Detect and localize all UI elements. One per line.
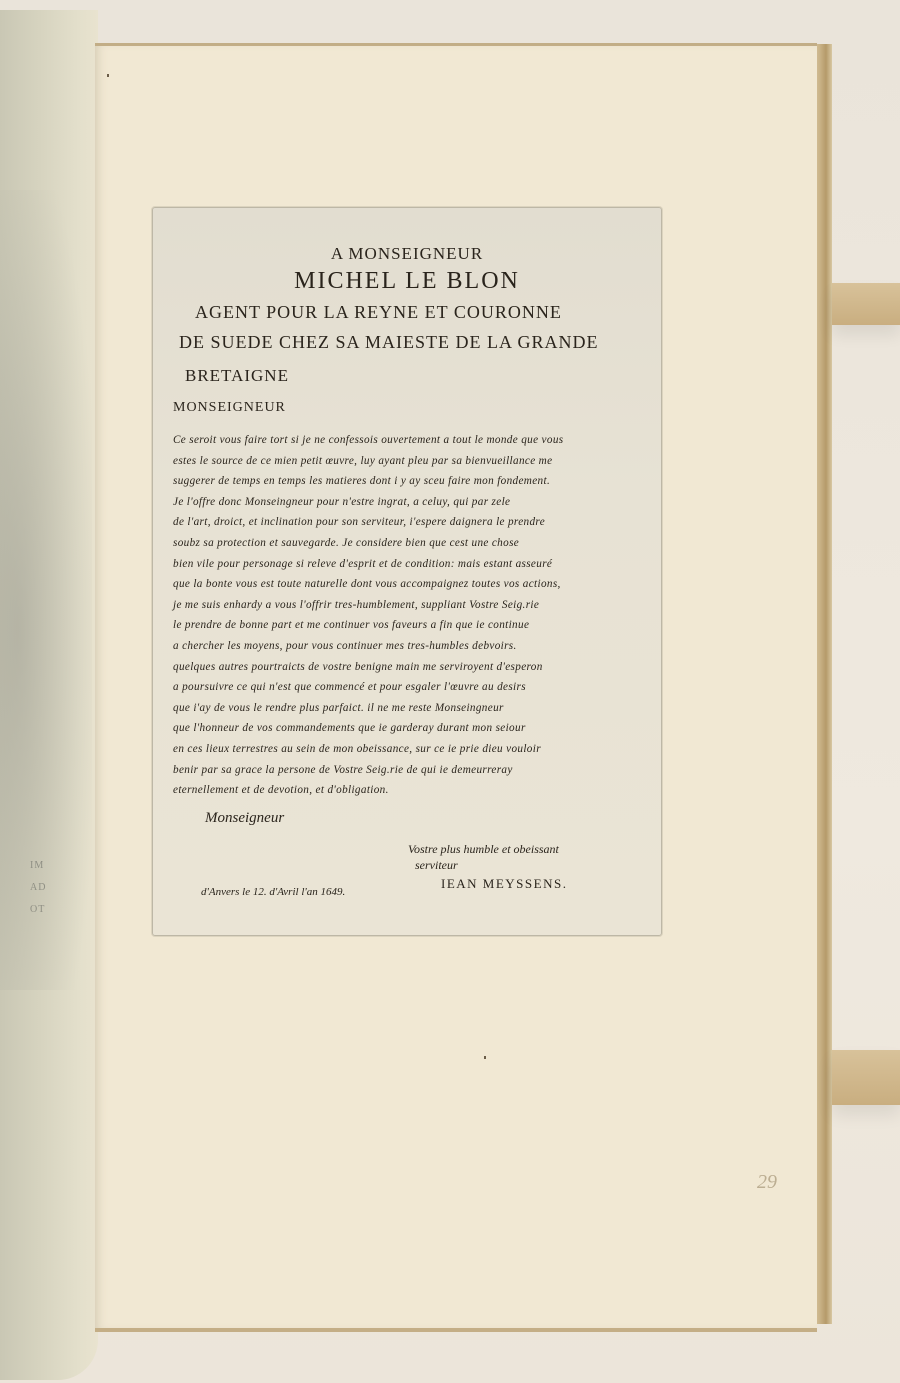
body-line: que l'honneur de vos commandements que i… bbox=[173, 718, 648, 739]
place-and-date: d'Anvers le 12. d'Avril l'an 1649. bbox=[201, 886, 345, 898]
body-line: benir par sa grace la persone de Vostre … bbox=[173, 760, 648, 781]
body-line: quelques autres pourtraicts de vostre be… bbox=[173, 657, 648, 678]
body-line: eternellement et de devotion, et d'oblig… bbox=[173, 780, 648, 801]
page-tab-marker-top[interactable] bbox=[832, 283, 900, 325]
body-line: je me suis enhardy a vous l'offrir tres-… bbox=[173, 595, 648, 616]
body-line: soubz sa protection et sauvegarde. Je co… bbox=[173, 533, 648, 554]
body-line: estes le source de ce mien petit œuvre, … bbox=[173, 451, 648, 472]
body-line: le prendre de bonne part et me continuer… bbox=[173, 615, 648, 636]
body-line: suggerer de temps en temps les matieres … bbox=[173, 471, 648, 492]
facing-left-page: IM AD OT bbox=[0, 10, 98, 1380]
signature-line-2: serviteur bbox=[415, 858, 458, 873]
body-line: a poursuivre ce qui n'est que commencé e… bbox=[173, 677, 648, 698]
foxing-spot bbox=[107, 74, 109, 77]
heading-line-4: DE SUEDE CHEZ SA MAIESTE DE LA GRANDE bbox=[179, 332, 599, 353]
body-line: a chercher les moyens, pour vous continu… bbox=[173, 636, 648, 657]
letter-body: Ce seroit vous faire tort si je ne confe… bbox=[173, 430, 648, 801]
heading-line-3: AGENT POUR LA REYNE ET COURONNE bbox=[195, 302, 562, 323]
heading-line-5: BRETAIGNE bbox=[185, 366, 289, 386]
body-line: Je l'offre donc Monseingneur pour n'estr… bbox=[173, 492, 648, 513]
engraved-plate: A MONSEIGNEUR MICHEL LE BLON AGENT POUR … bbox=[152, 207, 662, 936]
body-line: que la bonte vous est toute naturelle do… bbox=[173, 574, 648, 595]
body-line: de l'art, droict, et inclination pour so… bbox=[173, 512, 648, 533]
show-through-text: IM AD OT bbox=[30, 855, 46, 921]
foxing-spot bbox=[484, 1056, 486, 1059]
salutation: MONSEIGNEUR bbox=[173, 400, 286, 416]
heading-recipient-name: MICHEL LE BLON bbox=[153, 268, 661, 295]
body-line: Ce seroit vous faire tort si je ne confe… bbox=[173, 430, 648, 451]
signature-line-1: Vostre plus humble et obeissant bbox=[408, 842, 559, 857]
page-tab-marker-bottom[interactable] bbox=[832, 1050, 900, 1105]
heading-line-1: A MONSEIGNEUR bbox=[153, 244, 661, 264]
signature-name: IEAN MEYSSENS. bbox=[441, 876, 567, 892]
closing-salutation: Monseigneur bbox=[205, 810, 284, 827]
body-line: en ces lieux terrestres au sein de mon o… bbox=[173, 739, 648, 760]
body-line: que i'ay de vous le rendre plus parfaict… bbox=[173, 698, 648, 719]
body-line: bien vile pour personage si releve d'esp… bbox=[173, 554, 648, 575]
folio-number: 29 bbox=[757, 1171, 777, 1194]
